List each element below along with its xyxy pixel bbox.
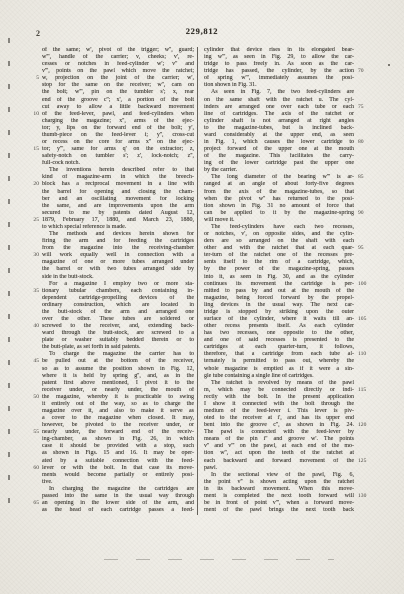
text-line: the same, and are improvements upon the …	[28, 203, 194, 210]
text-line: 40screwed to the receiver, and, extendin…	[28, 323, 194, 330]
text-line: thumb-piece on the feed-lever i; y'', cr…	[28, 132, 194, 139]
text-line: rectly with the bolt. In the present app…	[204, 394, 370, 401]
text-line: gle tube containing a single line of car…	[204, 373, 370, 380]
line-text: other and with the ratchet that at each …	[204, 245, 354, 252]
line-text: tion shown in Fig. 31 no amount of force…	[204, 203, 354, 210]
text-line: The methods and devices herein shown for	[28, 231, 194, 238]
line-number	[28, 472, 42, 479]
text-line: w''', handle of the carrier; v, cheeks; …	[28, 54, 194, 61]
patent-page: 2 229,812 of the same; w', pivot of the …	[0, 0, 404, 594]
text-line: cylinder that device rises in its elonga…	[204, 47, 370, 54]
line-text: can be applied to it by the magazine-spr…	[204, 210, 354, 217]
line-number	[28, 486, 42, 493]
line-number	[354, 231, 370, 238]
line-number	[28, 266, 42, 273]
line-number	[354, 415, 370, 422]
text-line: tor; y, lips on the forward end of the b…	[28, 125, 194, 132]
text-line: magazine, being forced forward by the pr…	[204, 295, 370, 302]
line-text: gle tube containing a single line of car…	[204, 373, 354, 380]
line-number	[354, 465, 370, 472]
line-text: safety-notch on tumbler s'; z', lock-not…	[42, 153, 194, 160]
line-number	[354, 295, 370, 302]
text-line: In the sectional view of the pawl, Fig. …	[204, 472, 370, 479]
bottom-smudge	[104, 559, 334, 560]
text-line: oted to the receiver at i', and has its …	[204, 415, 370, 422]
line-text: charging the magazine; x'', arms of the …	[42, 118, 194, 125]
line-text: sents itself to the rim of a cartridge, …	[204, 259, 354, 266]
text-line: ing w''', as seen in Fig. 29, to allow t…	[204, 54, 370, 61]
line-text: The long diameter of the bearing w''' is…	[204, 174, 354, 181]
line-number	[28, 61, 42, 68]
line-number	[354, 118, 370, 125]
line-text: the butt-plate, as set forth in said pat…	[42, 344, 194, 351]
text-line: cesses or notches in feed-cylinder w'; v…	[28, 61, 194, 68]
text-line: ber and an oscillating movement for lock…	[28, 196, 194, 203]
line-number: 80	[354, 139, 370, 146]
line-number: 95	[354, 245, 370, 252]
line-number	[354, 238, 370, 245]
text-line: line of cartridges. The axis of the ratc…	[204, 111, 370, 118]
line-number	[28, 330, 42, 337]
line-number	[354, 309, 370, 316]
line-text: pawl.	[204, 465, 354, 472]
text-line: sents itself to the rim of a cartridge, …	[204, 259, 370, 266]
line-text: case it should be provided with a stop, …	[42, 443, 194, 450]
line-text: kind of magazine-arm in which the breech…	[42, 174, 194, 181]
text-line: inders are arranged one over each tube o…	[204, 104, 370, 111]
line-number	[28, 387, 42, 394]
line-text: the point v'' is shown acting upon the r…	[204, 479, 354, 486]
line-text: secured to me by patents dated August 12…	[42, 210, 194, 217]
line-number	[28, 54, 42, 61]
text-line: the bolt; w''', pin on the tumbler s'; x…	[28, 89, 194, 96]
line-text: an opening in the lower side of the arm,…	[42, 500, 194, 507]
text-line: of the magazine. This facilitates the ca…	[204, 153, 370, 160]
line-number	[28, 443, 42, 450]
line-text: be in front of point v''', when a forwar…	[204, 500, 354, 507]
text-line: tion w'', act upon the teeth of the ratc…	[204, 450, 370, 457]
line-number	[28, 373, 42, 380]
line-text: by the carrier.	[204, 167, 354, 174]
line-text: cesses or notches in feed-cylinder w'; v…	[42, 61, 194, 68]
text-line: tive.	[28, 479, 194, 486]
text-line: and one of said recesses is presented to…	[204, 337, 370, 344]
text-line: by the power of the magazine-spring, pas…	[204, 266, 370, 273]
line-text: end of the groove c''; x', a portion of …	[42, 97, 194, 104]
text-line: The pawl is connected with the feed-leve…	[204, 429, 370, 436]
line-number	[354, 252, 370, 259]
text-line: ling devices in the usual way. The next …	[204, 302, 370, 309]
text-line: therefore, that a cartridge from each tu…	[204, 351, 370, 358]
line-text: the barrel or with two tubes arranged si…	[42, 266, 194, 273]
line-number	[28, 436, 42, 443]
line-text: over the other. These tubes are soldered…	[42, 316, 194, 323]
line-number	[28, 97, 42, 104]
line-text: m, which may be connected directly or in…	[204, 387, 354, 394]
text-line: To charge the magazine the carrier has t…	[28, 351, 194, 358]
line-number	[28, 408, 42, 415]
line-number: 130	[354, 493, 370, 500]
text-line: ward considerably at the upper end, as s…	[204, 132, 370, 139]
text-line: For a magazine I employ two or more sta-	[28, 281, 194, 288]
text-line: safety-notch on tumbler s'; z', lock-not…	[28, 153, 194, 160]
text-line: stop for the same on the receiver; w'', …	[28, 82, 194, 89]
line-text: ranged at an angle of about forty-five d…	[204, 181, 354, 188]
text-line: 45be pulled out at the bottom of the rec…	[28, 358, 194, 365]
line-number	[354, 373, 370, 380]
line-number	[28, 68, 42, 75]
line-number	[28, 458, 42, 465]
line-text: as the head of each cartridge passes a f…	[42, 507, 194, 514]
line-text: has two recesses, one opposite to the ot…	[204, 330, 354, 337]
line-text: To charge the magazine the carrier has t…	[42, 351, 194, 358]
column-divider	[197, 47, 198, 515]
line-number	[354, 132, 370, 139]
line-number: 55	[28, 429, 42, 436]
line-number: 70	[354, 68, 370, 75]
text-line: when the pivot w'' has returned to the p…	[204, 196, 370, 203]
text-line: The inventions herein described refer to…	[28, 167, 194, 174]
text-line: 50the magazine, whereby it is practicabl…	[28, 394, 194, 401]
text-line: cylinder shaft is not arranged at right …	[204, 118, 370, 125]
line-text: In the sectional view of the pawl, Fig. …	[204, 472, 354, 479]
line-number	[354, 486, 370, 493]
line-number	[354, 54, 370, 61]
line-text: cylinder that device rises in its elonga…	[204, 47, 354, 54]
line-text: The feed-cylinders have each two recesse…	[204, 224, 354, 231]
ink-speck	[388, 64, 390, 66]
line-text: ment is completed the next tooth forward…	[204, 493, 354, 500]
line-number	[354, 167, 370, 174]
line-number: 75	[354, 104, 370, 111]
line-text: ing of the lower cartridge past the uppe…	[204, 160, 354, 167]
line-number	[354, 302, 370, 309]
line-number	[28, 224, 42, 231]
line-number	[354, 203, 370, 210]
text-line: receiver under, or nearly under, the mou…	[28, 387, 194, 394]
line-number: 90	[354, 210, 370, 217]
text-line: ranged at an angle of about forty-five d…	[204, 181, 370, 188]
patent-number: 229,812	[0, 26, 404, 36]
line-number	[28, 210, 42, 217]
line-text: means of the pin i'' and groove w'. The …	[204, 436, 354, 443]
text-line: tion shown in Fig. 31 no amount of force…	[204, 203, 370, 210]
line-number	[28, 203, 42, 210]
line-text: tridge is stopped by striking upon the o…	[204, 309, 354, 316]
text-line: in Fig. 1, which causes the lower cartri…	[204, 139, 370, 146]
line-text: screwed to the receiver, and, extending …	[42, 323, 194, 330]
text-line: ter-turn of the ratchet one of the reces…	[204, 252, 370, 259]
line-text: magazine over it, and also to make it se…	[42, 408, 194, 415]
line-number	[28, 366, 42, 373]
text-line: to which special reference is made.	[28, 224, 194, 231]
line-number: 125	[354, 458, 370, 465]
line-number	[354, 323, 370, 330]
line-text: therefore, that a cartridge from each tu…	[204, 351, 354, 358]
line-number	[354, 160, 370, 167]
text-line: the barrel or with two tubes arranged si…	[28, 266, 194, 273]
line-text: v''', points on the pawl which move the …	[42, 68, 194, 75]
line-text: stop for the same on the receiver; w'', …	[42, 82, 194, 89]
text-line: The long diameter of the bearing w''' is…	[204, 174, 370, 181]
line-text: full-cock notch.	[42, 160, 194, 167]
line-text: medium of the feed-lever i. This lever i…	[204, 408, 354, 415]
line-text: the butt-stock of the arm and arranged o…	[42, 309, 194, 316]
line-text: tion shown in Fig. 31.	[204, 82, 354, 89]
text-line: ing-chamber, as shown in Fig. 26, in whi…	[28, 436, 194, 443]
text-line: ated by a suitable connection with the f…	[28, 458, 194, 465]
line-text: tor; y, lips on the forward end of the b…	[42, 125, 194, 132]
line-text: surface of the cylinder, where it waits …	[204, 316, 354, 323]
line-text: patent first above mentioned, I pivot it…	[42, 380, 194, 387]
line-text: when the pivot w'' has returned to the p…	[204, 196, 354, 203]
line-text: tridge to pass freely in. As soon as the…	[204, 61, 354, 68]
text-line: ment is completed the next tooth forward…	[204, 493, 370, 500]
line-number	[354, 89, 370, 96]
line-text: of the same; w', pivot of the trigger; w…	[42, 47, 194, 54]
line-text: of the feed-lever, pawl, and feed-cylind…	[42, 111, 194, 118]
text-line: be in front of point v''', when a forwar…	[204, 500, 370, 507]
line-number	[28, 189, 42, 196]
line-number	[28, 274, 42, 281]
text-line: from the magazine into the receiving-cha…	[28, 245, 194, 252]
line-number	[354, 259, 370, 266]
line-text: bent into the groove c'', as shown in Fi…	[204, 422, 354, 429]
line-text: ternately is permitted to pass out, wher…	[204, 358, 354, 365]
text-line: 55nearly under, the forward end of the r…	[28, 429, 194, 436]
text-line: ments would become partially or entirely…	[28, 472, 194, 479]
line-number	[28, 281, 42, 288]
line-text: line of cartridges. The axis of the ratc…	[204, 111, 354, 118]
line-number	[354, 507, 370, 514]
line-text: dependent cartridge-propelling devices o…	[42, 295, 194, 302]
line-number	[28, 245, 42, 252]
line-number: 5	[28, 75, 42, 82]
line-number	[354, 337, 370, 344]
line-text: plate or washer suitably bedded therein …	[42, 337, 194, 344]
line-text: 1879, February 17, 1880, and March 23, 1…	[42, 217, 194, 224]
line-text: the same, and are improvements upon the …	[42, 203, 194, 210]
line-text: the bolt; w''', pin on the tumbler s'; x…	[42, 89, 194, 96]
line-text: each backward and forward movement of th…	[204, 458, 354, 465]
line-number: 50	[28, 394, 42, 401]
text-line: case it should be provided with a stop, …	[28, 443, 194, 450]
line-number	[354, 450, 370, 457]
line-number	[354, 380, 370, 387]
text-line: mitted to pass by and out at the mouth o…	[204, 288, 370, 295]
line-number	[354, 429, 370, 436]
line-number	[28, 104, 42, 111]
text-line: side in the butt-stock.	[28, 274, 194, 281]
line-number	[354, 358, 370, 365]
line-number	[354, 146, 370, 153]
text-line: 30will work equally well in connection w…	[28, 252, 194, 259]
line-text: ing w''', as seen in Fig. 29, to allow t…	[204, 54, 354, 61]
line-number: 20	[28, 181, 42, 188]
text-line: As seen in Fig. 7, the two feed-cylinder…	[204, 89, 370, 96]
line-text: from the magazine into the receiving-cha…	[42, 245, 194, 252]
line-number	[28, 160, 42, 167]
text-line: plate or washer suitably bedded therein …	[28, 337, 194, 344]
text-line: a cover to the magazine when closed. It …	[28, 415, 194, 422]
line-text: rectly with the bolt. In the present app…	[204, 394, 354, 401]
line-number	[28, 196, 42, 203]
line-number	[28, 174, 42, 181]
text-line: magazine over it, and also to make it se…	[28, 408, 194, 415]
line-number: 85	[354, 174, 370, 181]
line-number	[354, 196, 370, 203]
right-column: cylinder that device rises in its elonga…	[204, 47, 370, 515]
line-number	[354, 500, 370, 507]
line-number	[354, 75, 370, 82]
text-line: of the same; w', pivot of the trigger; w…	[28, 47, 194, 54]
line-number	[28, 422, 42, 429]
text-line: cartridges at each quarter-turn, it foll…	[204, 344, 370, 351]
line-number: 115	[354, 387, 370, 394]
line-number: 60	[28, 465, 42, 472]
line-number	[28, 167, 42, 174]
text-line: ternately is permitted to pass out, wher…	[204, 358, 370, 365]
text-line: surface of the cylinder, where it waits …	[204, 316, 370, 323]
line-text: however, be pivoted to the receiver unde…	[42, 422, 194, 429]
text-line: secured to me by patents dated August 12…	[28, 210, 194, 217]
line-number: 30	[28, 252, 42, 259]
line-number: 40	[28, 323, 42, 330]
line-text: tionary tubular chambers, each containin…	[42, 288, 194, 295]
line-number	[28, 450, 42, 457]
line-text: where it is held by spring g'', and, as …	[42, 373, 194, 380]
line-number	[28, 344, 42, 351]
text-line: will move it.	[204, 217, 370, 224]
line-text: ward through the butt-stock, are screwed…	[42, 330, 194, 337]
line-number	[28, 507, 42, 514]
line-number	[28, 259, 42, 266]
line-number	[354, 344, 370, 351]
text-columns: of the same; w', pivot of the trigger; w…	[28, 47, 370, 515]
line-text: of the magazine. This facilitates the ca…	[204, 153, 354, 160]
line-number	[28, 479, 42, 486]
line-number	[354, 288, 370, 295]
line-number	[354, 472, 370, 479]
text-line: project forward of the upper one at the …	[204, 146, 370, 153]
line-number	[354, 47, 370, 54]
line-number	[354, 125, 370, 132]
line-text: or notches, v', on opposite sides, and t…	[204, 231, 354, 238]
text-line: or recess on the core for arms x'' on th…	[28, 139, 194, 146]
line-number	[354, 82, 370, 89]
text-line: each backward and forward movement of th…	[204, 458, 370, 465]
text-line: 60lever or with the bolt. In that case i…	[28, 465, 194, 472]
line-text: magazine of one or more tubes arranged u…	[42, 259, 194, 266]
text-line: tridge has passed, the cylinder, by the …	[204, 68, 370, 75]
line-text: tor; y''', same for arms q' on the extra…	[42, 146, 194, 153]
line-text: inders are arranged one over each tube o…	[204, 104, 354, 111]
line-text: it entirely out of the way, so as to cha…	[42, 401, 194, 408]
line-number: 10	[28, 111, 42, 118]
line-text: The ratchet is revolved by means of the …	[204, 380, 354, 387]
line-text: to which special reference is made.	[42, 224, 194, 231]
line-number	[354, 266, 370, 273]
line-number	[354, 443, 370, 450]
text-line: other recess presents itself. As each cy…	[204, 323, 370, 330]
line-number	[28, 238, 42, 245]
text-line: it entirely out of the way, so as to cha…	[28, 401, 194, 408]
line-text: The pawl is connected with the feed-leve…	[204, 429, 354, 436]
text-line: of spring w''', immediately assumes the …	[204, 75, 370, 82]
text-line: v''', points on the pawl which move the …	[28, 68, 194, 75]
line-number: 120	[354, 422, 370, 429]
text-line: In charging the magazine the cartridges …	[28, 486, 194, 493]
line-number	[28, 47, 42, 54]
line-text: cylinder shaft is not arranged at right …	[204, 118, 354, 125]
line-text: in its backward movement. When this move…	[204, 486, 354, 493]
scan-edge-marks	[8, 38, 10, 520]
line-text: ment of the pawl brings the next tooth b…	[204, 507, 354, 514]
line-text: w''', handle of the carrier; v, cheeks; …	[42, 54, 194, 61]
line-text: tridge has passed, the cylinder, by the …	[204, 68, 354, 75]
line-text: The methods and devices herein shown for	[42, 231, 194, 238]
line-number	[354, 330, 370, 337]
line-text: tion w'', act upon the teeth of the ratc…	[204, 450, 354, 457]
line-text: w, projection on the joint of the carrie…	[42, 75, 194, 82]
line-text: ordinary construction, which are located…	[42, 302, 194, 309]
text-line: I show it connected with the bolt throug…	[204, 401, 370, 408]
text-line: has two recesses, one opposite to the ot…	[204, 330, 370, 337]
line-number: 100	[354, 281, 370, 288]
line-number	[354, 366, 370, 373]
text-line: where it is held by spring g'', and, as …	[28, 373, 194, 380]
line-number	[354, 189, 370, 196]
text-line: 15tor; y''', same for arms q' on the ext…	[28, 146, 194, 153]
line-text: ments would become partially or entirely…	[42, 472, 194, 479]
line-text: firing the arm and for feeding the cartr…	[42, 238, 194, 245]
line-number	[28, 153, 42, 160]
line-text: magazine, being forced forward by the pr…	[204, 295, 354, 302]
text-line: charging the magazine; x'', arms of the …	[28, 118, 194, 125]
text-line: full-cock notch.	[28, 160, 194, 167]
text-line: cut away to allow a little backward move…	[28, 104, 194, 111]
line-text: to the magazine-tubes, but is inclined b…	[204, 125, 354, 132]
line-text: The inventions herein described refer to…	[42, 167, 194, 174]
line-number	[28, 118, 42, 125]
line-text: thumb-piece on the feed-lever i; y'', cr…	[42, 132, 194, 139]
line-text: mitted to pass by and out at the mouth o…	[204, 288, 354, 295]
line-number	[28, 316, 42, 323]
line-text: lever or with the bolt. In that case its…	[42, 465, 194, 472]
text-line: end of the groove c''; x', a portion of …	[28, 97, 194, 104]
text-line: as shown in Figs. 15 and 16. It may be o…	[28, 450, 194, 457]
line-number	[354, 61, 370, 68]
line-text: ated by a suitable connection with the f…	[42, 458, 194, 465]
line-text: ter-turn of the ratchet one of the reces…	[204, 252, 354, 259]
line-number: 15	[28, 146, 42, 153]
line-text: ber and an oscillating movement for lock…	[42, 196, 194, 203]
text-line: can be applied to it by the magazine-spr…	[204, 210, 370, 217]
text-line: the barrel for opening and closing the c…	[28, 189, 194, 196]
text-line: m, which may be connected directly or in…	[204, 387, 370, 394]
line-number	[28, 125, 42, 132]
text-line: passed into the same in the usual way th…	[28, 493, 194, 500]
text-line: other and with the ratchet that at each …	[204, 245, 370, 252]
text-line: in its backward movement. When this move…	[204, 486, 370, 493]
text-line: patent first above mentioned, I pivot it…	[28, 380, 194, 387]
text-line: into it, as seen in Fig. 30, and as the …	[204, 274, 370, 281]
text-line: ing of the lower cartridge past the uppe…	[204, 160, 370, 167]
text-line: 5w, projection on the joint of the carri…	[28, 75, 194, 82]
line-number	[28, 415, 42, 422]
line-number: 65	[28, 500, 42, 507]
text-line: 10of the feed-lever, pawl, and feed-cyli…	[28, 111, 194, 118]
